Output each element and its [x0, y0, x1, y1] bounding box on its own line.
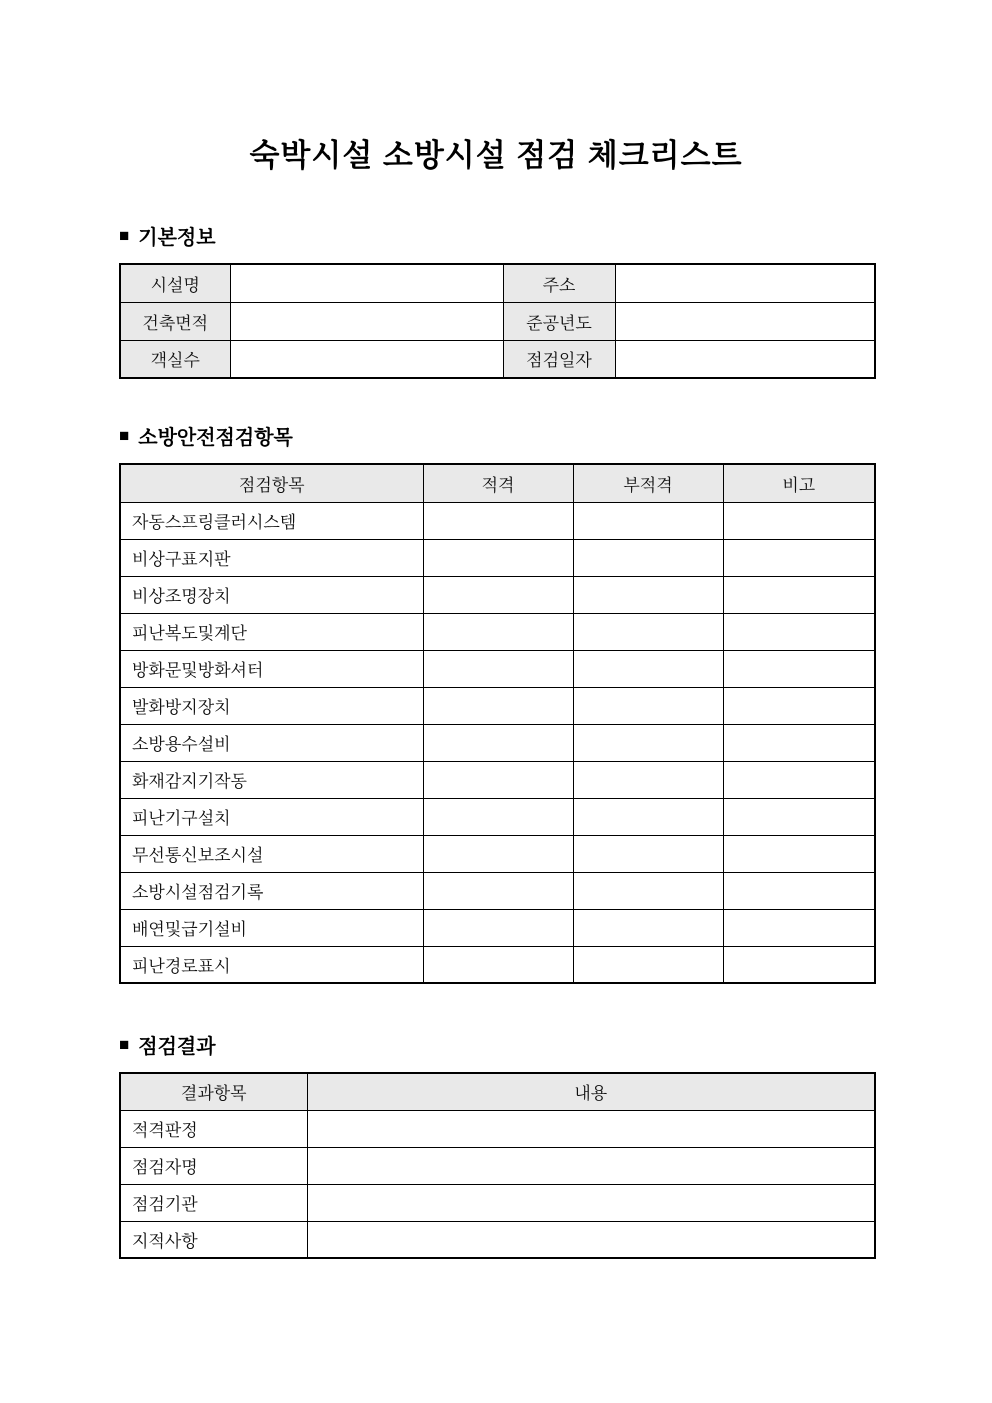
result-value-cell: [307, 1147, 875, 1184]
inspection-item-label: 방화문및방화셔터: [120, 650, 423, 687]
pass-mark-cell: [423, 502, 573, 539]
section-heading-inspection: ■ 소방안전점검항목: [119, 421, 875, 450]
basic-info-label: 객실수: [120, 340, 230, 378]
fail-mark-cell: [573, 650, 723, 687]
pass-mark-cell: [423, 724, 573, 761]
inspection-item-label: 피난기구설치: [120, 798, 423, 835]
inspection-item-row: 비상구표지판: [120, 539, 875, 576]
basic-info-label: 시설명: [120, 264, 230, 302]
basic-info-label: 건축면적: [120, 302, 230, 340]
basic-info-value: [230, 264, 503, 302]
square-bullet-icon: ■: [119, 427, 129, 444]
inspection-item-label: 피난경로표시: [120, 946, 423, 983]
results-column-header: 내용: [307, 1073, 875, 1110]
inspection-item-row: 비상조명장치: [120, 576, 875, 613]
square-bullet-icon: ■: [119, 227, 129, 244]
fail-mark-cell: [573, 798, 723, 835]
fail-mark-cell: [573, 835, 723, 872]
results-header-row: 결과항목내용: [120, 1073, 875, 1110]
result-row: 점검기관: [120, 1184, 875, 1221]
fail-mark-cell: [573, 687, 723, 724]
result-row-label: 적격판정: [120, 1110, 307, 1147]
pass-mark-cell: [423, 798, 573, 835]
pass-mark-cell: [423, 539, 573, 576]
inspection-item-label: 발화방지장치: [120, 687, 423, 724]
section-heading-label: 점검결과: [138, 1030, 215, 1059]
pass-mark-cell: [423, 650, 573, 687]
basic-info-table: 시설명주소건축면적준공년도객실수점검일자: [119, 263, 876, 379]
inspection-column-header: 적격: [423, 464, 573, 502]
inspection-item-label: 자동스프링클러시스템: [120, 502, 423, 539]
pass-mark-cell: [423, 872, 573, 909]
inspection-item-row: 화재감지기작동: [120, 761, 875, 798]
inspection-item-row: 배연및급기설비: [120, 909, 875, 946]
basic-info-label: 주소: [503, 264, 615, 302]
basic-info-row: 시설명주소: [120, 264, 875, 302]
inspection-table: 점검항목적격부적격비고 자동스프링클러시스템비상구표지판비상조명장치피난복도및계…: [119, 463, 876, 984]
inspection-column-header: 비고: [723, 464, 875, 502]
basic-info-value: [615, 302, 875, 340]
section-heading-results: ■ 점검결과: [119, 1030, 875, 1059]
results-table: 결과항목내용 적격판정점검자명점검기관지적사항: [119, 1072, 876, 1259]
document-page: 숙박시설 소방시설 점검 체크리스트 ■ 기본정보 시설명주소건축면적준공년도객…: [0, 0, 992, 1403]
basic-info-value: [615, 264, 875, 302]
basic-info-label: 점검일자: [503, 340, 615, 378]
pass-mark-cell: [423, 687, 573, 724]
pass-mark-cell: [423, 909, 573, 946]
section-basic-info: ■ 기본정보 시설명주소건축면적준공년도객실수점검일자: [119, 221, 875, 379]
basic-info-value: [615, 340, 875, 378]
note-cell: [723, 613, 875, 650]
inspection-item-label: 소방용수설비: [120, 724, 423, 761]
fail-mark-cell: [573, 761, 723, 798]
note-cell: [723, 502, 875, 539]
note-cell: [723, 946, 875, 983]
inspection-column-header: 부적격: [573, 464, 723, 502]
basic-info-label: 준공년도: [503, 302, 615, 340]
fail-mark-cell: [573, 909, 723, 946]
result-row: 지적사항: [120, 1221, 875, 1258]
note-cell: [723, 687, 875, 724]
fail-mark-cell: [573, 872, 723, 909]
inspection-item-row: 발화방지장치: [120, 687, 875, 724]
result-row: 적격판정: [120, 1110, 875, 1147]
fail-mark-cell: [573, 539, 723, 576]
pass-mark-cell: [423, 613, 573, 650]
pass-mark-cell: [423, 576, 573, 613]
inspection-item-label: 피난복도및계단: [120, 613, 423, 650]
pass-mark-cell: [423, 946, 573, 983]
result-row-label: 점검기관: [120, 1184, 307, 1221]
results-column-header: 결과항목: [120, 1073, 307, 1110]
note-cell: [723, 650, 875, 687]
inspection-item-label: 화재감지기작동: [120, 761, 423, 798]
note-cell: [723, 761, 875, 798]
pass-mark-cell: [423, 835, 573, 872]
note-cell: [723, 872, 875, 909]
inspection-item-row: 무선통신보조시설: [120, 835, 875, 872]
basic-info-row: 건축면적준공년도: [120, 302, 875, 340]
inspection-item-label: 무선통신보조시설: [120, 835, 423, 872]
square-bullet-icon: ■: [119, 1036, 129, 1053]
note-cell: [723, 835, 875, 872]
inspection-item-row: 피난기구설치: [120, 798, 875, 835]
note-cell: [723, 576, 875, 613]
document-title: 숙박시설 소방시설 점검 체크리스트: [0, 0, 992, 175]
inspection-item-row: 소방시설점검기록: [120, 872, 875, 909]
section-inspection-items: ■ 소방안전점검항목 점검항목적격부적격비고 자동스프링클러시스템비상구표지판비…: [119, 421, 875, 984]
note-cell: [723, 539, 875, 576]
result-value-cell: [307, 1221, 875, 1258]
note-cell: [723, 724, 875, 761]
inspection-item-label: 비상구표지판: [120, 539, 423, 576]
inspection-item-row: 자동스프링클러시스템: [120, 502, 875, 539]
section-heading-label: 소방안전점검항목: [138, 421, 293, 450]
inspection-header-row: 점검항목적격부적격비고: [120, 464, 875, 502]
section-heading-label: 기본정보: [138, 221, 215, 250]
inspection-column-header: 점검항목: [120, 464, 423, 502]
fail-mark-cell: [573, 946, 723, 983]
result-row: 점검자명: [120, 1147, 875, 1184]
fail-mark-cell: [573, 613, 723, 650]
inspection-item-label: 소방시설점검기록: [120, 872, 423, 909]
pass-mark-cell: [423, 761, 573, 798]
section-heading-basic-info: ■ 기본정보: [119, 221, 875, 250]
basic-info-value: [230, 340, 503, 378]
inspection-item-label: 배연및급기설비: [120, 909, 423, 946]
inspection-item-row: 피난복도및계단: [120, 613, 875, 650]
basic-info-row: 객실수점검일자: [120, 340, 875, 378]
inspection-item-row: 방화문및방화셔터: [120, 650, 875, 687]
fail-mark-cell: [573, 724, 723, 761]
basic-info-value: [230, 302, 503, 340]
section-results: ■ 점검결과 결과항목내용 적격판정점검자명점검기관지적사항: [119, 1030, 875, 1259]
note-cell: [723, 909, 875, 946]
fail-mark-cell: [573, 576, 723, 613]
result-row-label: 지적사항: [120, 1221, 307, 1258]
inspection-item-row: 소방용수설비: [120, 724, 875, 761]
result-value-cell: [307, 1184, 875, 1221]
fail-mark-cell: [573, 502, 723, 539]
inspection-item-label: 비상조명장치: [120, 576, 423, 613]
result-value-cell: [307, 1110, 875, 1147]
note-cell: [723, 798, 875, 835]
result-row-label: 점검자명: [120, 1147, 307, 1184]
inspection-item-row: 피난경로표시: [120, 946, 875, 983]
